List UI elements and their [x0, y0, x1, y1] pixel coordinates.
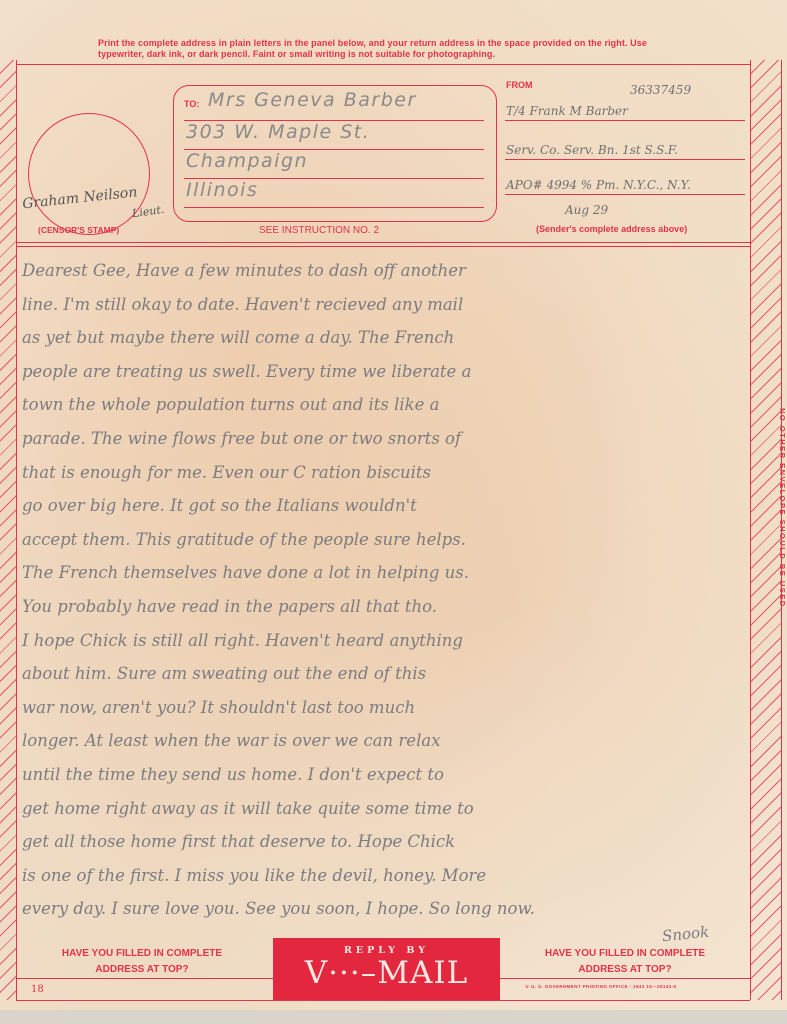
- letter-line: war now, aren't you? It shouldn't last t…: [22, 691, 744, 725]
- right-frame-rule: [750, 64, 751, 1000]
- footer-bottom-rule: [16, 1000, 750, 1001]
- from-label: FROM: [506, 80, 533, 90]
- address-instructions: Print the complete address in plain lett…: [98, 38, 678, 60]
- header-top-rule: [16, 64, 750, 65]
- sender-address-rule: [505, 159, 745, 160]
- letter-line: get all those home first that deserve to…: [22, 825, 744, 859]
- letter-line: I hope Chick is still all right. Haven't…: [22, 624, 744, 658]
- recipient-name: Mrs Geneva Barber: [208, 89, 417, 111]
- censor-stamp-label: (CENSOR'S STAMP): [38, 225, 119, 235]
- sender-name: T/4 Frank M Barber: [506, 104, 628, 118]
- letter-body: Dearest Gee, Have a few minutes to dash …: [22, 254, 744, 926]
- sender-apo: APO# 4994 % Pm. N.Y.C., N.Y.: [506, 178, 691, 192]
- address-rule: [184, 207, 484, 208]
- to-label: TO:: [184, 99, 199, 109]
- recipient-street: 303 W. Maple St.: [186, 121, 370, 143]
- sender-address-rule: [505, 120, 745, 121]
- letter-line: parade. The wine flows free but one or t…: [22, 422, 744, 456]
- printing-office-imprint: ☆ U. S. GOVERNMENT PRINTING OFFICE : 194…: [525, 984, 676, 990]
- vmail-logo: V···–MAIL: [273, 956, 500, 990]
- letter-line: that is enough for me. Even our C ration…: [22, 456, 744, 490]
- side-warning-text: NO OTHER ENVELOPE SHOULD BE USED: [779, 408, 787, 648]
- letter-line: people are treating us swell. Every time…: [22, 355, 744, 389]
- letter-line: about him. Sure am sweating out the end …: [22, 657, 744, 691]
- sender-address-label: (Sender's complete address above): [536, 224, 687, 234]
- letter-line: The French themselves have done a lot in…: [22, 556, 744, 590]
- letter-line: get home right away as it will take quit…: [22, 792, 744, 826]
- recipient-state: Illinois: [186, 179, 258, 201]
- letter-date: Aug 29: [565, 203, 608, 217]
- left-hatched-border: [0, 60, 17, 1000]
- letter-line: until the time they send us home. I don'…: [22, 758, 744, 792]
- letter-line: accept them. This gratitude of the peopl…: [22, 523, 744, 557]
- letter-line: You probably have read in the papers all…: [22, 590, 744, 624]
- letter-line: as yet but maybe there will come a day. …: [22, 321, 744, 355]
- footer-left-rule: [16, 978, 273, 979]
- letter-line: is one of the first. I miss you like the…: [22, 859, 744, 893]
- letter-line: town the whole population turns out and …: [22, 388, 744, 422]
- body-top-rule: [16, 246, 750, 247]
- right-hatched-border: [750, 60, 782, 1000]
- address-check-right: HAVE YOU FILLED IN COMPLETE ADDRESS AT T…: [510, 946, 740, 978]
- recipient-address-box: TO: Mrs Geneva Barber 303 W. Maple St. C…: [173, 85, 497, 222]
- sender-address-rule: [505, 194, 745, 195]
- address-check-left: HAVE YOU FILLED IN COMPLETE ADDRESS AT T…: [27, 946, 257, 978]
- sender-unit: Serv. Co. Serv. Bn. 1st S.S.F.: [506, 143, 678, 157]
- reply-by-vmail-banner: REPLY BY V···–MAIL: [273, 938, 500, 1000]
- letter-signature: Snook: [661, 923, 710, 946]
- letter-line: line. I'm still okay to date. Haven't re…: [22, 288, 744, 322]
- recipient-city: Champaign: [186, 150, 308, 172]
- letter-line: every day. I sure love you. See you soon…: [22, 892, 744, 926]
- footer-right-rule: [500, 978, 750, 979]
- form-number: 18: [31, 984, 44, 995]
- sender-serial-number: 36337459: [630, 83, 691, 97]
- letter-line: Dearest Gee, Have a few minutes to dash …: [22, 254, 744, 288]
- see-instruction-label: SEE INSTRUCTION NO. 2: [259, 225, 379, 236]
- left-frame-rule: [16, 64, 17, 1000]
- vmail-letter-sheet: Print the complete address in plain lett…: [0, 0, 787, 1010]
- header-bottom-rule: [16, 242, 750, 243]
- letter-line: longer. At least when the war is over we…: [22, 724, 744, 758]
- reply-by-label: REPLY BY: [273, 938, 500, 956]
- letter-line: go over big here. It got so the Italians…: [22, 489, 744, 523]
